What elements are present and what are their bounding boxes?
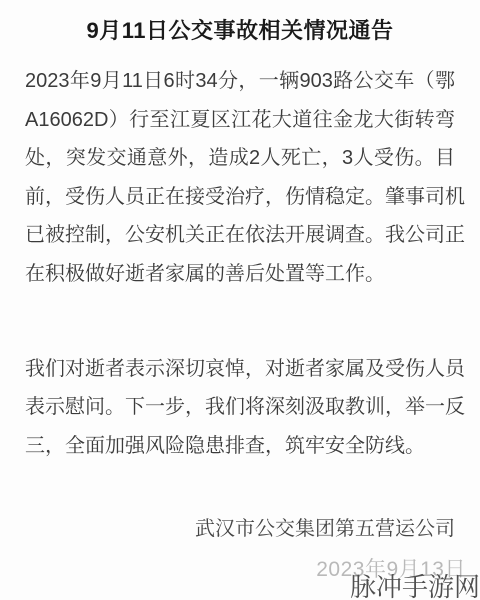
notice-body: 2023年9月11日6时34分，一辆903路公交车（鄂 A16062D）行至江夏… (25, 62, 455, 549)
paragraph-2-line-2: 表示慰问。下一步，我们将深刻汲取教训，举一反 (25, 388, 455, 427)
paragraph-1-line-1: 2023年9月11日6时34分，一辆903路公交车（鄂 (25, 62, 455, 101)
paragraph-1-line-4: 前，受伤人员正在接受治疗，伤情稳定。肇事司机 (25, 178, 455, 217)
issuer-signature: 武汉市公交集团第五营运公司 (25, 510, 455, 549)
paragraph-2-line-1: 我们对逝者表示深切哀悼，对逝者家属及受伤人员 (25, 350, 455, 389)
notice-page: 9月11日公交事故相关情况通告 2023年9月11日6时34分，一辆903路公交… (0, 0, 480, 600)
paragraph-1-line-2: A16062D）行至江夏区江花大道往金龙大街转弯 (25, 101, 455, 140)
paragraph-2-line-3: 三，全面加强风险隐患排查，筑牢安全防线。 (25, 427, 455, 466)
paragraph-1-line-3: 处，突发交通意外，造成2人死亡，3人受伤。目 (25, 139, 455, 178)
paragraph-1: 2023年9月11日6时34分，一辆903路公交车（鄂 A16062D）行至江夏… (25, 62, 455, 294)
paragraph-2: 我们对逝者表示深切哀悼，对逝者家属及受伤人员 表示慰问。下一步，我们将深刻汲取教… (25, 350, 455, 466)
site-watermark: 脉冲手游网 (350, 567, 480, 600)
notice-title: 9月11日公交事故相关情况通告 (0, 0, 480, 46)
paragraph-1-line-6: 在积极做好逝者家属的善后处置等工作。 (25, 255, 455, 294)
paragraph-1-line-5: 已被控制，公安机关正在依法开展调查。我公司正 (25, 216, 455, 255)
